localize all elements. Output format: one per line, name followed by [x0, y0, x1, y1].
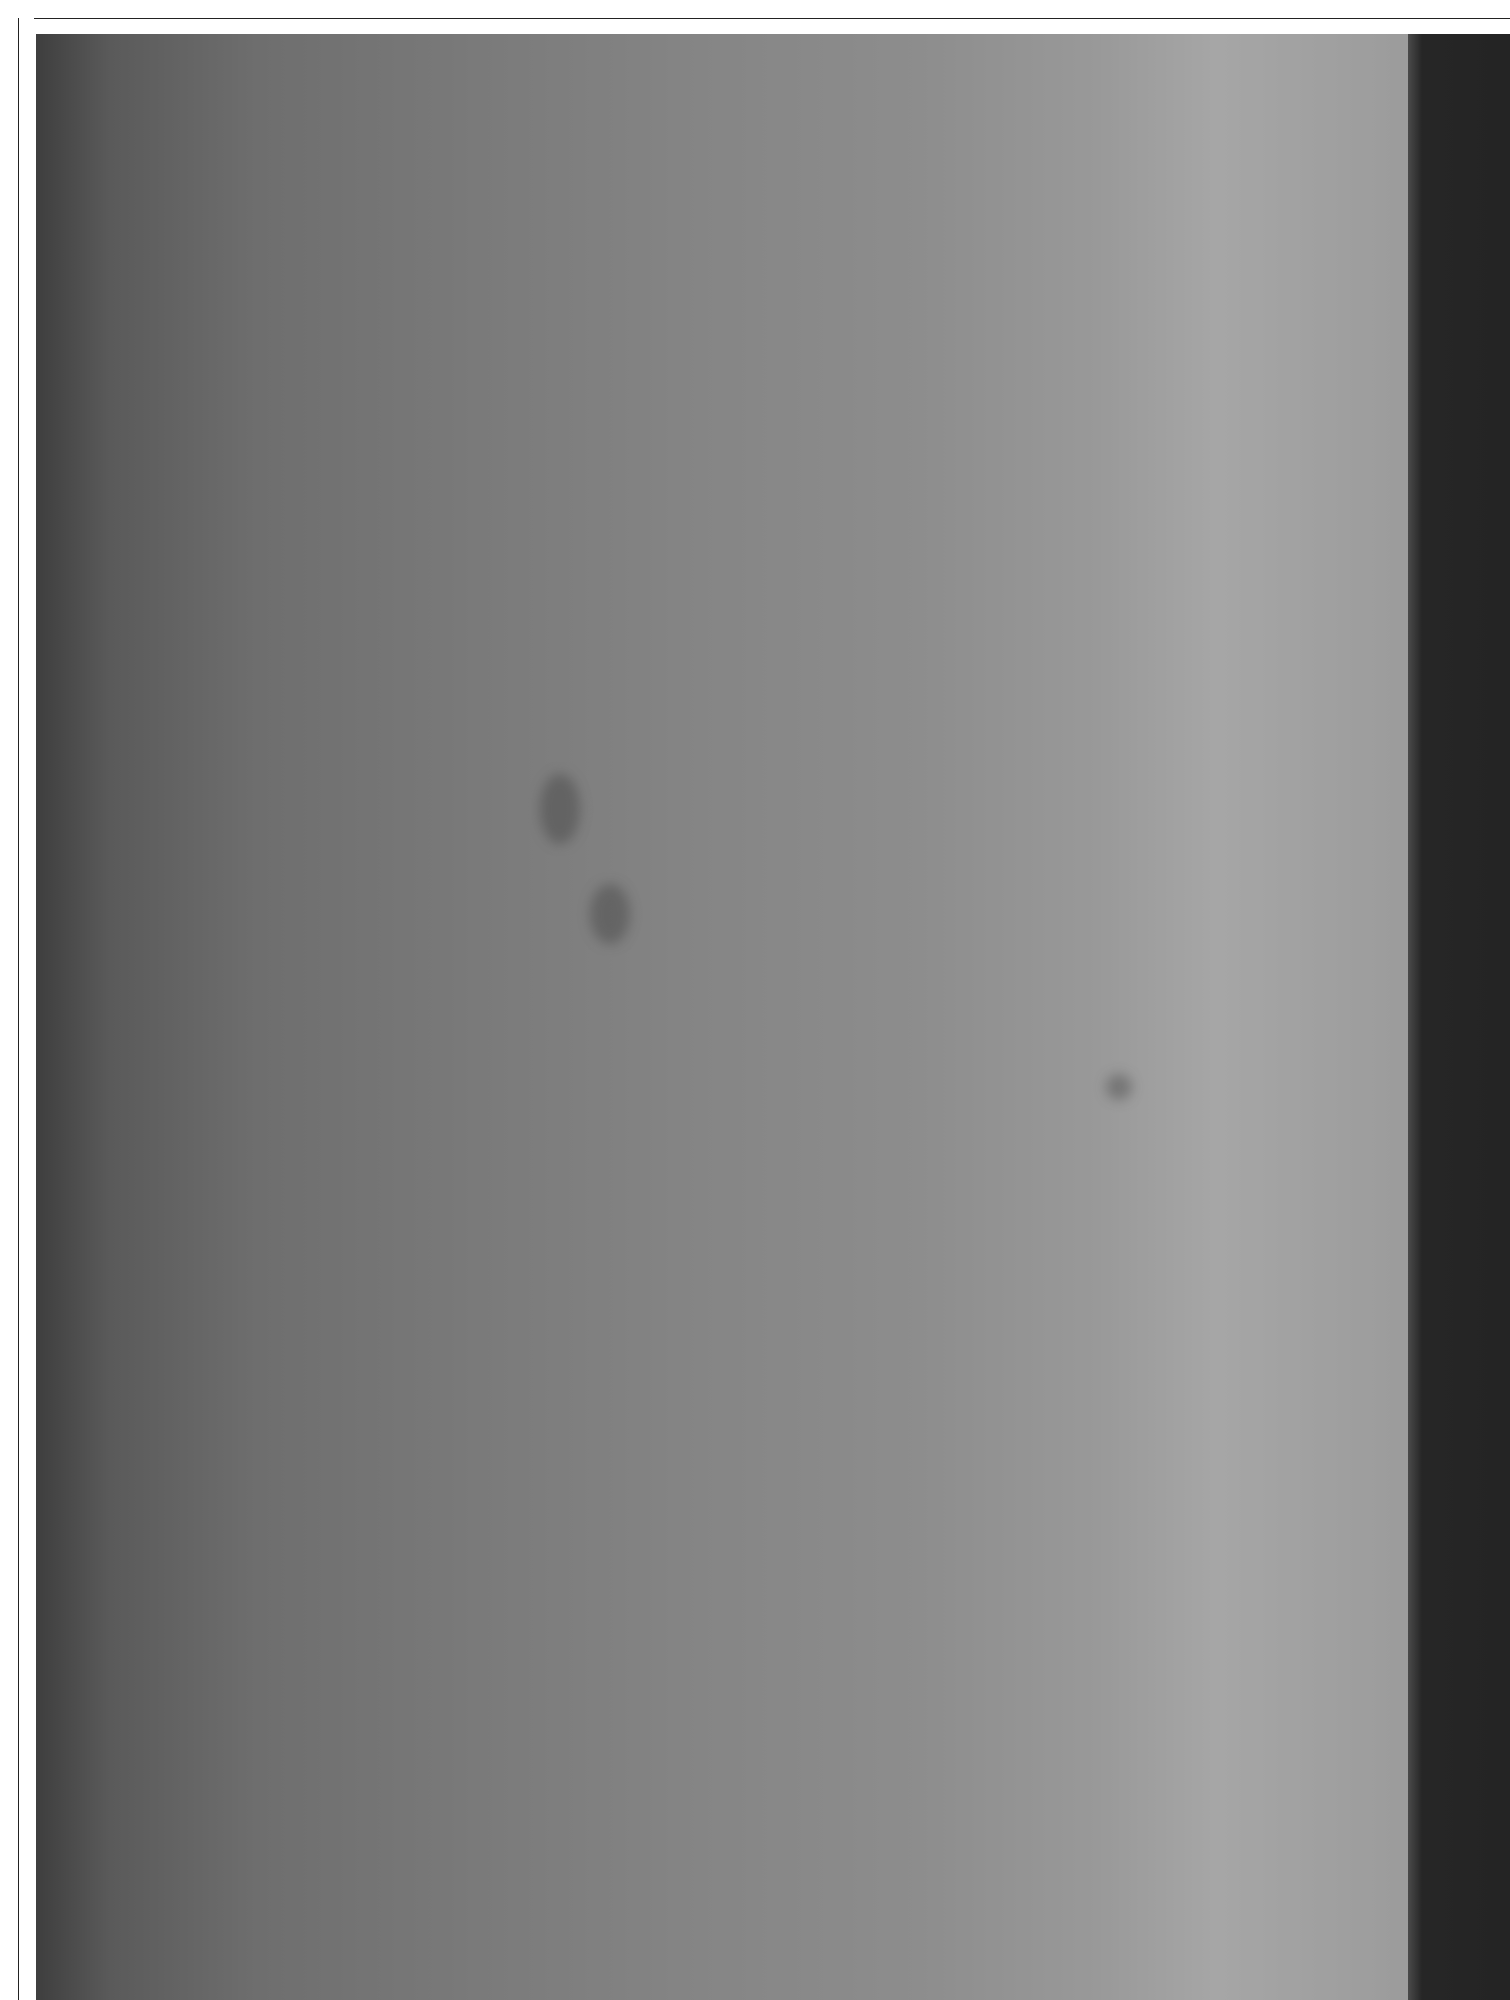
- ink-stain: [540, 774, 580, 844]
- ruler-baseline-vertical: [18, 18, 19, 2000]
- ruler-baseline: [18, 18, 1510, 19]
- top-ruler: [0, 0, 1510, 34]
- text-column-left: [36, 34, 522, 2000]
- text-column-right: [620, 34, 1282, 2000]
- manuscript-scan: [36, 34, 1510, 2000]
- left-ruler: [0, 0, 34, 2000]
- binding-shadow: [1408, 34, 1510, 2000]
- ink-stain: [1106, 1074, 1132, 1100]
- ink-stain: [590, 884, 630, 944]
